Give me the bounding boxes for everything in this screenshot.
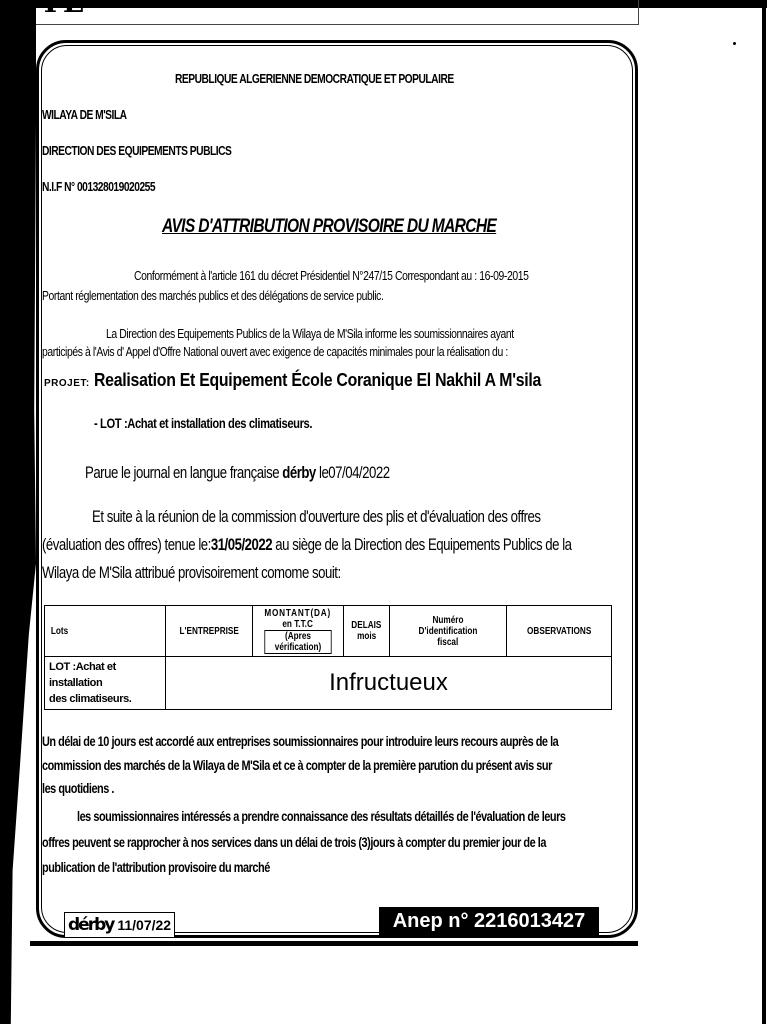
suite-line-2-prefix: (évaluation des offres) tenue le:	[42, 536, 211, 554]
nif-heading: N.I.F N° 001328019020255	[42, 180, 155, 194]
bottom-rule	[30, 941, 638, 946]
inform-line-2: participés à l'Avis d' Appel d'Offre Nat…	[42, 344, 508, 359]
anep-number-badge: Anep n° 2216013427	[379, 907, 599, 936]
table-row: LOT :Achat et installation des climatise…	[45, 657, 612, 710]
header-nif: Numéro D'identification fiscal	[389, 606, 506, 657]
suite-line-3: Wilaya de M'Sila attribué provisoirement…	[42, 564, 341, 583]
direction-heading: DIRECTION DES EQUIPEMENTS PUBLICS	[42, 144, 231, 158]
header-delais: DELAIS mois	[344, 606, 390, 657]
header-entreprise: L'ENTREPRISE	[166, 606, 253, 657]
suite-line-1: Et suite à la réunion de la commission d…	[92, 508, 541, 527]
recours-line-2: commission des marchés de la Wilaya de M…	[42, 757, 552, 773]
result-cell: Infructueux	[166, 657, 612, 710]
parue-line: Parue le journal en langue française dér…	[85, 464, 390, 483]
republic-heading: REPUBLIQUE ALGERIENNE DEMOCRATIQUE ET PO…	[175, 72, 454, 86]
header-lots: Lots	[45, 606, 166, 657]
suite-line-2: (évaluation des offres) tenue le:31/05/2…	[42, 536, 572, 555]
projet-label: PROJET:	[44, 378, 90, 389]
consult-line-3: publication de l'attribution provisoire …	[42, 859, 270, 875]
consult-line-1: les soumissionnaires intéressés a prendr…	[77, 808, 565, 824]
parue-prefix: Parue le journal en langue française	[85, 464, 279, 482]
notice-frame-inner	[41, 45, 633, 933]
attribution-table: Lots L'ENTREPRISE MONTANT(DA) en T.T.C (…	[44, 605, 612, 710]
parue-date: le07/04/2022	[319, 464, 390, 482]
meeting-date: 31/05/2022	[211, 536, 272, 554]
lot-line: - LOT :Achat et installation des climati…	[94, 415, 312, 431]
wilaya-heading: WILAYA DE M'SILA	[42, 108, 127, 122]
header-montant: MONTANT(DA) en T.T.C (Apres vérification…	[253, 606, 344, 657]
derby-logo: dérby	[68, 915, 113, 935]
intro-line-1: Conformément à l'article 161 du décret P…	[134, 268, 529, 283]
scan-right-border	[762, 8, 766, 1024]
projet-text: Realisation Et Equipement École Coraniqu…	[94, 370, 541, 391]
scan-left-shadow	[0, 0, 36, 1024]
consult-line-2: offres peuvent se rapprocher à nos servi…	[42, 834, 546, 850]
intro-line-2: Portant réglementation des marchés publi…	[42, 288, 383, 303]
inform-line-1: La Direction des Equipements Publics de …	[106, 326, 514, 341]
recours-line-3: les quotidiens .	[42, 780, 114, 796]
previous-article-box	[36, 0, 639, 25]
header-observations: OBSERVATIONS	[506, 606, 611, 657]
derby-date: 11/07/22	[117, 917, 171, 933]
lot-cell: LOT :Achat et installation des climatise…	[45, 657, 166, 710]
parue-journal: dérby	[282, 464, 316, 482]
scan-speck	[733, 42, 736, 45]
notice-title: AVIS D'ATTRIBUTION PROVISOIRE DU MARCHE	[162, 216, 496, 238]
derby-publication-stamp: dérby 11/07/22	[64, 912, 175, 938]
projet-line: PROJET: Realisation Et Equipement École …	[44, 370, 602, 391]
recours-line-1: Un délai de 10 jours est accordé aux ent…	[42, 733, 558, 749]
table-header-row: Lots L'ENTREPRISE MONTANT(DA) en T.T.C (…	[45, 606, 612, 657]
suite-line-2-suffix: au siège de la Direction des Equipements…	[272, 536, 571, 554]
